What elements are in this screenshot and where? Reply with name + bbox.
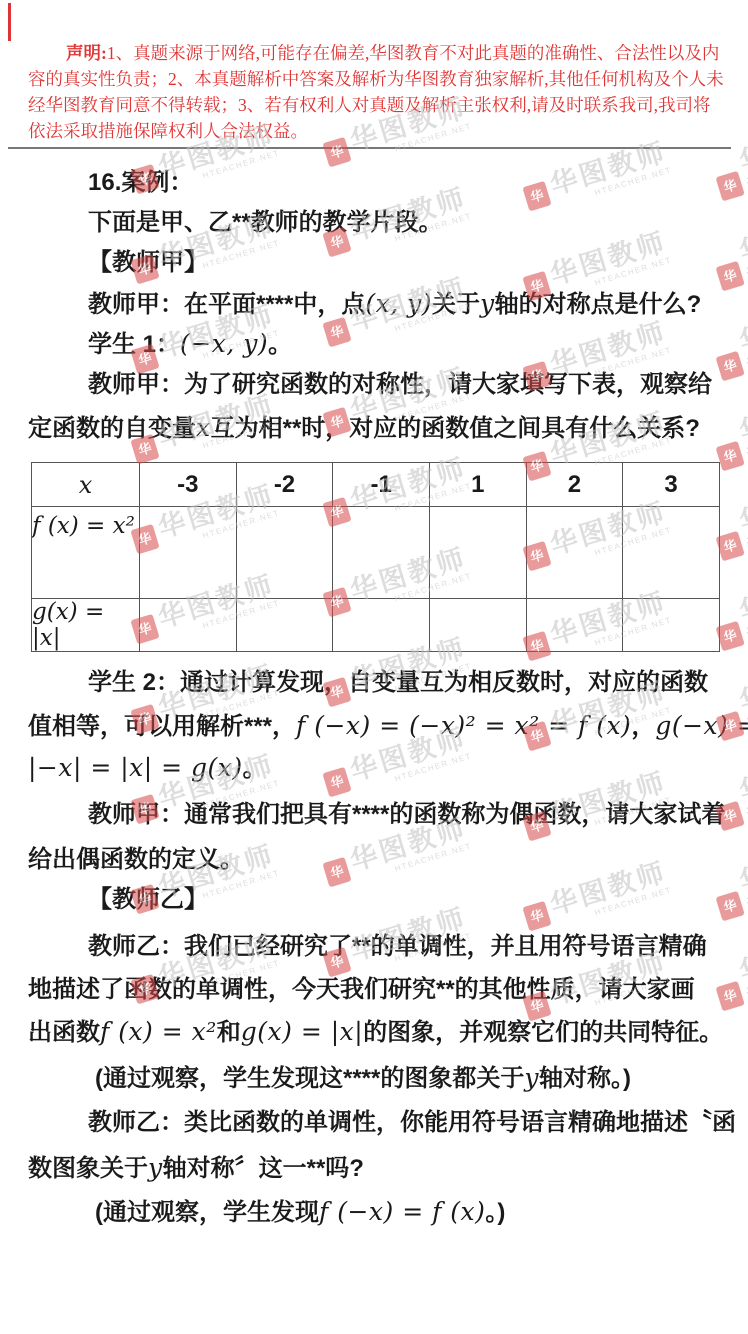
table-header-x: x [32,463,140,507]
text-run: 。) [485,1199,505,1226]
math-expression: f (x) = x² [100,1017,217,1046]
text-run: 教师甲：在平面****中，点 [88,291,365,318]
math-expression: (−x, y) [180,329,268,358]
text-run: 16.案例： [88,169,193,196]
table-row-label: f (x) = x² [32,507,140,599]
text-run: 的图象，并观察它们的共同特征。 [363,1019,723,1046]
line-teacher-a-q1: 教师甲：在平面****中，点(x, y)关于y轴的对称点是什么? [88,288,701,320]
line-observation-1: (通过观察，学生发现这****的图象都关于y轴对称。) [95,1062,631,1094]
table-cell-empty [623,599,720,652]
math-expression: y [480,289,495,318]
table-header-value: -2 [236,463,333,507]
table-header-value: 2 [526,463,623,507]
line-teacher-b-1a: 教师乙：我们已经研究了**的单调性，并且用符号语言精确 [88,932,707,962]
line-teacher-b-header: 【教师乙】 [88,885,208,915]
table-cell-empty [526,599,623,652]
table-row-label: g(x) = |x| [32,599,140,652]
line-teacher-b-1c: 出函数f (x) = x²和g(x) = |x|的图象，并观察它们的共同特征。 [28,1016,723,1048]
table-header-value: 1 [429,463,526,507]
line-student-2a: 学生 2：通过计算发现，自变量互为相反数时，对应的函数 [88,668,708,698]
line-teacher-b-1b: 地描述了函数的单调性，今天我们研究**的其他性质，请大家画 [28,975,695,1005]
line-teacher-b-2a: 教师乙：类比函数的单调性，你能用符号语言精确地描述〝函 [88,1108,736,1138]
text-run: 轴对称〞这一**吗? [163,1155,364,1182]
text-run: (通过观察，学生发现 [95,1199,319,1226]
text-run: 。 [243,755,267,782]
text-run: 地描述了函数的单调性，今天我们研究**的其他性质，请大家画 [28,976,695,1003]
line-student-1: 学生 1：(−x, y)。 [88,328,292,360]
line-observation-2: (通过观察，学生发现f (−x) = f (x)。) [95,1196,505,1228]
table-cell-empty [333,599,430,652]
text-run: 教师甲：为了研究函数的对称性，请大家填写下表，观察给 [88,371,712,398]
table-cell-empty [429,599,526,652]
math-expression: f (−x) = (−x)² = x² = f (x) [296,711,631,740]
text-run: 和 [217,1019,241,1046]
text-run: 下面是甲、乙**教师的教学片段。 [88,209,443,236]
line-teacher-a-q2b: 定函数的自变量x互为相**时，对应的函数值之间具有什么关系? [28,412,700,444]
text-run: 互为相**时，对应的函数值之间具有什么关系? [211,415,700,442]
table-cell-empty [333,507,430,599]
text-run: 轴的对称点是什么? [495,291,702,318]
line-student-2c: |−x| = |x| = g(x)。 [28,752,267,784]
math-expression: g(−x) = [655,711,748,740]
table-header-row: x-3-2-1123 [32,463,720,507]
line-teacher-a-q2a: 教师甲：为了研究函数的对称性，请大家填写下表，观察给 [88,370,712,400]
text-run: 给出偶函数的定义。 [28,846,244,873]
math-expression: x [196,413,211,442]
text-run: 【教师甲】 [88,249,208,276]
math-expression: (x, y) [365,289,432,318]
line-intro: 下面是甲、乙**教师的教学片段。 [88,208,443,238]
line-teacher-a-sum-a: 教师甲：通常我们把具有****的函数称为偶函数，请大家试着 [88,800,725,830]
table-cell-empty [140,507,237,599]
table-cell-empty [236,507,333,599]
text-run: 出函数 [28,1019,100,1046]
line-teacher-a-header: 【教师甲】 [88,248,208,278]
table-header-value: 3 [623,463,720,507]
table-cell-empty [236,599,333,652]
table-header-value: -1 [333,463,430,507]
math-expression: y [148,1153,163,1182]
text-run: 值相等，可以用解析***， [28,713,296,740]
table-cell-empty [623,507,720,599]
text-run: 。 [268,331,292,358]
table-header-value: -3 [140,463,237,507]
line-teacher-a-sum-b: 给出偶函数的定义。 [28,845,244,875]
math-expression: g(x) = |x| [241,1017,363,1046]
text-run: ， [631,713,655,740]
line-case-number: 16.案例： [88,168,193,198]
table-cell-empty [429,507,526,599]
text-run: 学生 1： [88,331,180,358]
text-run: 【教师乙】 [88,886,208,913]
table-row: g(x) = |x| [32,599,720,652]
line-student-2b: 值相等，可以用解析***，f (−x) = (−x)² = x² = f (x)… [28,710,748,742]
values-table: x-3-2-1123f (x) = x²g(x) = |x| [31,462,720,652]
text-run: 轴对称。) [539,1065,631,1092]
table-cell-empty [526,507,623,599]
text-run: 教师甲：通常我们把具有****的函数称为偶函数，请大家试着 [88,801,725,828]
text-run: 定函数的自变量 [28,415,196,442]
table-cell-empty [140,599,237,652]
math-expression: |−x| = |x| = g(x) [28,753,243,782]
line-teacher-b-2b: 数图象关于y轴对称〞这一**吗? [28,1152,364,1184]
text-run: 学生 2：通过计算发现，自变量互为相反数时，对应的函数 [88,669,708,696]
math-expression: f (−x) = f (x) [319,1197,485,1226]
table-row: f (x) = x² [32,507,720,599]
text-run: 数图象关于 [28,1155,148,1182]
text-run: 教师乙：我们已经研究了**的单调性，并且用符号语言精确 [88,933,707,960]
document-page: 声明:1、真题来源于网络,可能存在偏差,华图教育不对此真题的准确性、合法性以及内… [0,0,748,1334]
text-run: 关于 [432,291,480,318]
text-run: (通过观察，学生发现这****的图象都关于 [95,1065,524,1092]
math-expression: y [524,1063,539,1092]
text-run: 教师乙：类比函数的单调性，你能用符号语言精确地描述〝函 [88,1109,736,1136]
content-layer: 16.案例：下面是甲、乙**教师的教学片段。【教师甲】教师甲：在平面****中，… [0,0,748,1334]
